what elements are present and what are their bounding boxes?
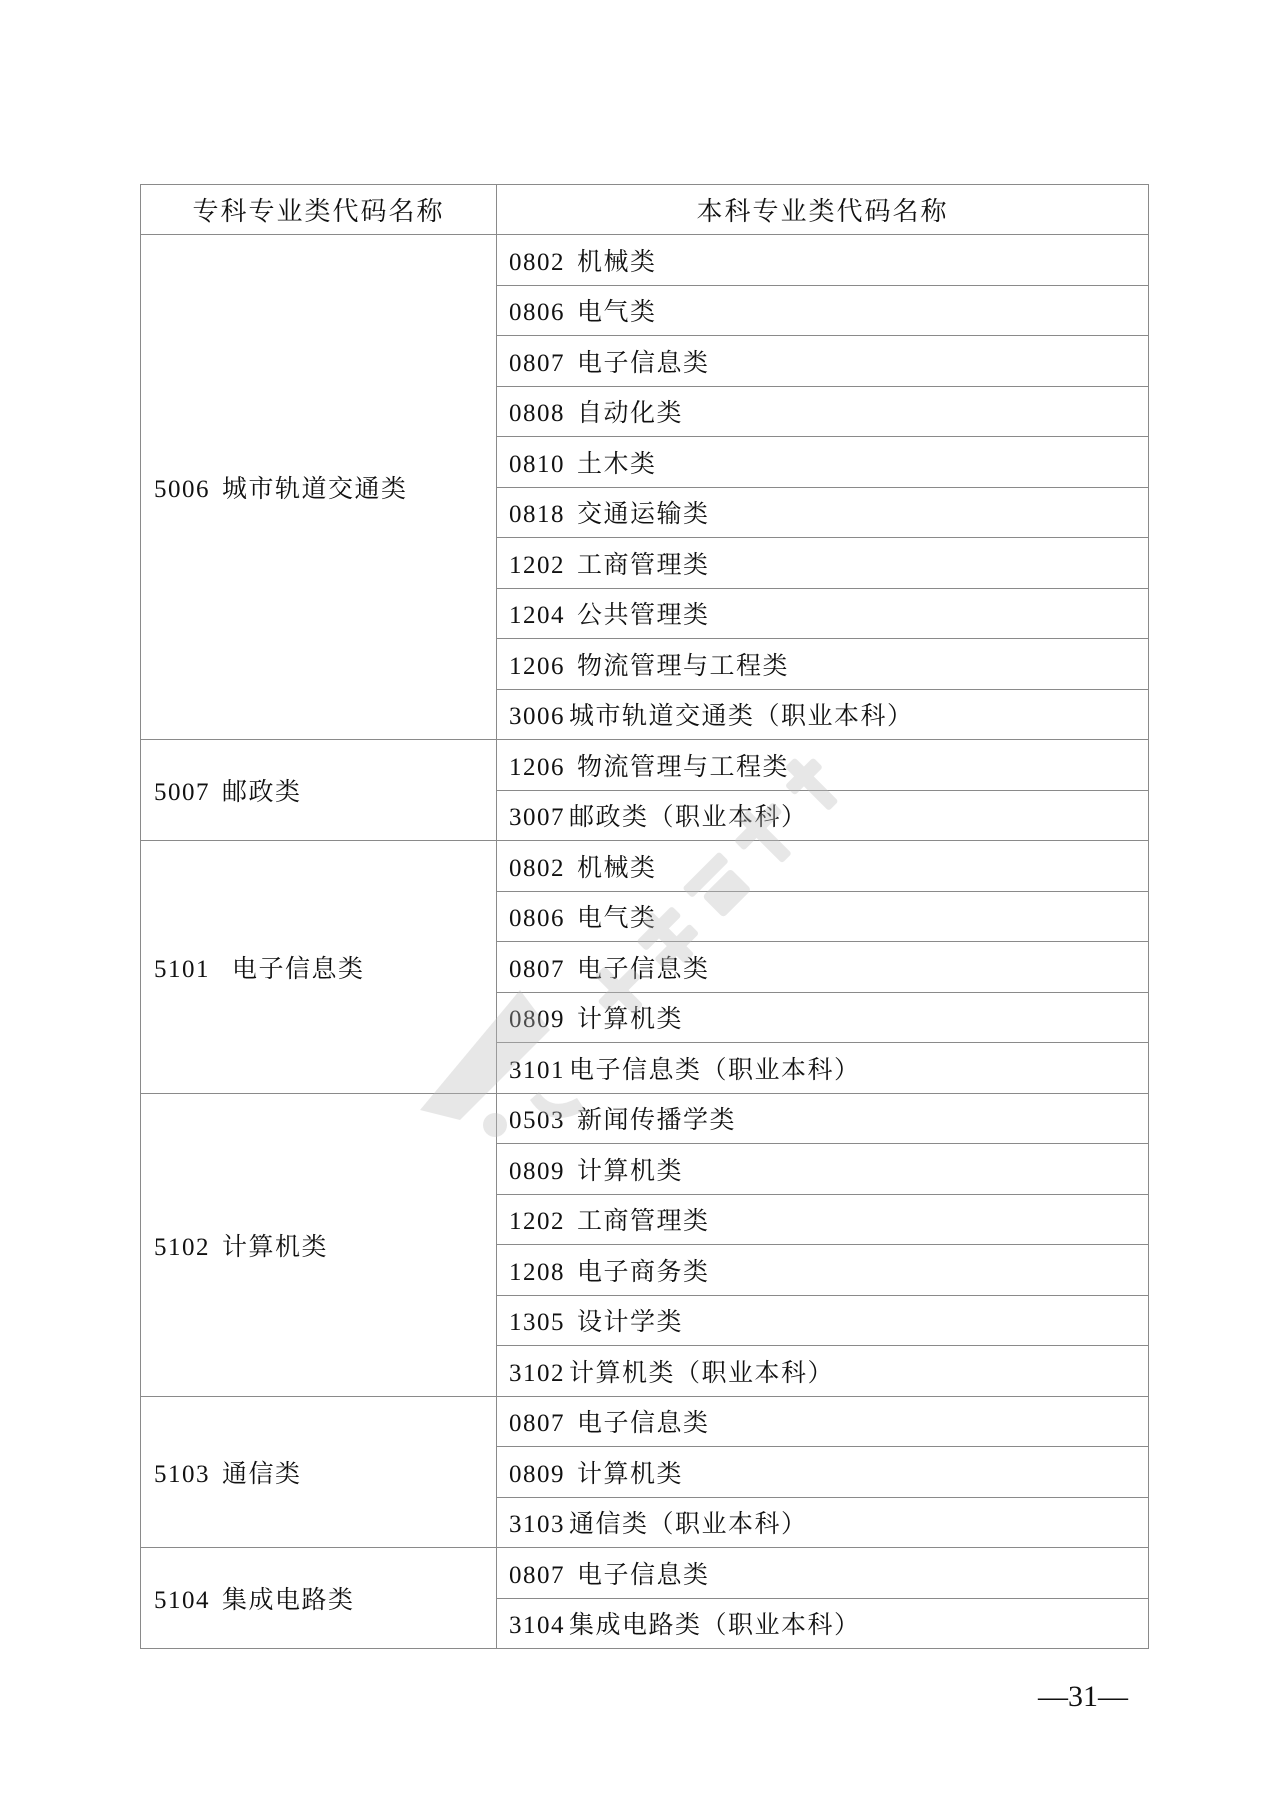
benke-cell: 0818交通运输类 (497, 487, 1149, 538)
table-row: 5101电子信息类 0802机械类 (141, 841, 1149, 892)
zhuanke-code: 5104 (154, 1587, 210, 1614)
benke-cell: 0802机械类 (497, 841, 1149, 892)
benke-code: 0808 (509, 400, 565, 427)
benke-cell: 0807电子信息类 (497, 336, 1149, 387)
benke-cell: 1202工商管理类 (497, 1194, 1149, 1245)
benke-cell: 1204公共管理类 (497, 588, 1149, 639)
header-zhuanke: 专科专业类代码名称 (141, 185, 497, 235)
benke-name: 工商管理类 (577, 552, 710, 579)
benke-cell: 0808自动化类 (497, 386, 1149, 437)
benke-code: 0503 (509, 1107, 565, 1134)
benke-code: 0809 (509, 1158, 565, 1185)
benke-code: 0809 (509, 1006, 565, 1033)
zhuanke-cell: 5104集成电路类 (141, 1548, 497, 1649)
benke-name: 计算机类 (577, 1006, 683, 1033)
benke-name: 公共管理类 (577, 602, 710, 629)
benke-code: 3102 (509, 1360, 565, 1387)
benke-cell: 3103通信类（职业本科） (497, 1497, 1149, 1548)
table-row: 5006城市轨道交通类 0802机械类 (141, 235, 1149, 286)
benke-code: 3104 (509, 1612, 565, 1639)
benke-cell: 0503新闻传播学类 (497, 1093, 1149, 1144)
zhuanke-code: 5101 (154, 956, 210, 983)
benke-name: 设计学类 (577, 1309, 683, 1336)
zhuanke-name: 城市轨道交通类 (222, 476, 408, 503)
benke-code: 0807 (509, 1410, 565, 1437)
zhuanke-cell: 5007邮政类 (141, 740, 497, 841)
benke-name: 电气类 (577, 299, 657, 326)
benke-code: 1305 (509, 1309, 565, 1336)
benke-code: 3101 (509, 1057, 565, 1084)
zhuanke-code: 5103 (154, 1461, 210, 1488)
zhuanke-code: 5102 (154, 1234, 210, 1261)
benke-name: 电子信息类 (577, 1562, 710, 1589)
benke-code: 0807 (509, 350, 565, 377)
benke-code: 0802 (509, 855, 565, 882)
benke-code: 0807 (509, 956, 565, 983)
benke-code: 1204 (509, 602, 565, 629)
benke-code: 0818 (509, 501, 565, 528)
benke-name: 计算机类（职业本科） (569, 1360, 834, 1387)
benke-name: 工商管理类 (577, 1208, 710, 1235)
benke-name: 电气类 (577, 905, 657, 932)
benke-code: 1206 (509, 754, 565, 781)
benke-cell: 0802机械类 (497, 235, 1149, 286)
major-mapping-table: 专科专业类代码名称 本科专业类代码名称 5006城市轨道交通类 0802机械类 … (140, 184, 1149, 1649)
benke-name: 电子商务类 (577, 1259, 710, 1286)
zhuanke-code: 5006 (154, 476, 210, 503)
benke-cell: 0806电气类 (497, 285, 1149, 336)
benke-code: 1206 (509, 653, 565, 680)
benke-cell: 0806电气类 (497, 891, 1149, 942)
benke-cell: 3006城市轨道交通类（职业本科） (497, 689, 1149, 740)
benke-code: 0809 (509, 1461, 565, 1488)
benke-name: 城市轨道交通类（职业本科） (569, 703, 914, 730)
benke-name: 交通运输类 (577, 501, 710, 528)
benke-name: 新闻传播学类 (577, 1107, 736, 1134)
benke-name: 通信类（职业本科） (569, 1511, 808, 1538)
benke-code: 3006 (509, 703, 565, 730)
benke-cell: 1206物流管理与工程类 (497, 740, 1149, 791)
header-benke: 本科专业类代码名称 (497, 185, 1149, 235)
benke-name: 自动化类 (577, 400, 683, 427)
benke-cell: 0809计算机类 (497, 1447, 1149, 1498)
zhuanke-cell: 5101电子信息类 (141, 841, 497, 1094)
benke-cell: 1206物流管理与工程类 (497, 639, 1149, 690)
table-body: 5006城市轨道交通类 0802机械类 0806电气类 0807电子信息类 08… (141, 235, 1149, 1649)
benke-name: 电子信息类（职业本科） (569, 1057, 861, 1084)
benke-name: 邮政类（职业本科） (569, 804, 808, 831)
benke-code: 0806 (509, 299, 565, 326)
table-header-row: 专科专业类代码名称 本科专业类代码名称 (141, 185, 1149, 235)
benke-cell: 1208电子商务类 (497, 1245, 1149, 1296)
zhuanke-name: 电子信息类 (232, 956, 365, 983)
benke-code: 0807 (509, 1562, 565, 1589)
zhuanke-cell: 5102计算机类 (141, 1093, 497, 1396)
table-row: 5007邮政类 1206物流管理与工程类 (141, 740, 1149, 791)
zhuanke-name: 邮政类 (222, 779, 302, 806)
benke-name: 机械类 (577, 249, 657, 276)
benke-cell: 1202工商管理类 (497, 538, 1149, 589)
benke-cell: 1305设计学类 (497, 1295, 1149, 1346)
benke-code: 1208 (509, 1259, 565, 1286)
benke-cell: 0807电子信息类 (497, 1548, 1149, 1599)
benke-name: 电子信息类 (577, 1410, 710, 1437)
benke-cell: 3102计算机类（职业本科） (497, 1346, 1149, 1397)
benke-cell: 0810土木类 (497, 437, 1149, 488)
benke-cell: 0807电子信息类 (497, 942, 1149, 993)
benke-name: 物流管理与工程类 (577, 754, 789, 781)
benke-name: 物流管理与工程类 (577, 653, 789, 680)
benke-name: 计算机类 (577, 1158, 683, 1185)
benke-cell: 3104集成电路类（职业本科） (497, 1598, 1149, 1649)
benke-cell: 0809计算机类 (497, 1144, 1149, 1195)
benke-code: 3103 (509, 1511, 565, 1538)
page-number: —31— (1038, 1680, 1128, 1714)
benke-code: 1202 (509, 1208, 565, 1235)
benke-name: 电子信息类 (577, 350, 710, 377)
zhuanke-name: 计算机类 (222, 1234, 328, 1261)
benke-cell: 0809计算机类 (497, 992, 1149, 1043)
document-page: 专科专业类代码名称 本科专业类代码名称 5006城市轨道交通类 0802机械类 … (0, 0, 1280, 1810)
benke-code: 1202 (509, 552, 565, 579)
zhuanke-code: 5007 (154, 779, 210, 806)
benke-code: 0810 (509, 451, 565, 478)
table-row: 5103通信类 0807电子信息类 (141, 1396, 1149, 1447)
benke-cell: 3007邮政类（职业本科） (497, 790, 1149, 841)
benke-code: 0806 (509, 905, 565, 932)
benke-name: 计算机类 (577, 1461, 683, 1488)
benke-cell: 0807电子信息类 (497, 1396, 1149, 1447)
benke-code: 3007 (509, 804, 565, 831)
zhuanke-name: 集成电路类 (222, 1587, 355, 1614)
zhuanke-cell: 5006城市轨道交通类 (141, 235, 497, 740)
table-row: 5104集成电路类 0807电子信息类 (141, 1548, 1149, 1599)
table-row: 5102计算机类 0503新闻传播学类 (141, 1093, 1149, 1144)
zhuanke-cell: 5103通信类 (141, 1396, 497, 1548)
benke-name: 土木类 (577, 451, 657, 478)
benke-name: 机械类 (577, 855, 657, 882)
benke-name: 电子信息类 (577, 956, 710, 983)
benke-code: 0802 (509, 249, 565, 276)
benke-name: 集成电路类（职业本科） (569, 1612, 861, 1639)
zhuanke-name: 通信类 (222, 1461, 302, 1488)
benke-cell: 3101电子信息类（职业本科） (497, 1043, 1149, 1094)
